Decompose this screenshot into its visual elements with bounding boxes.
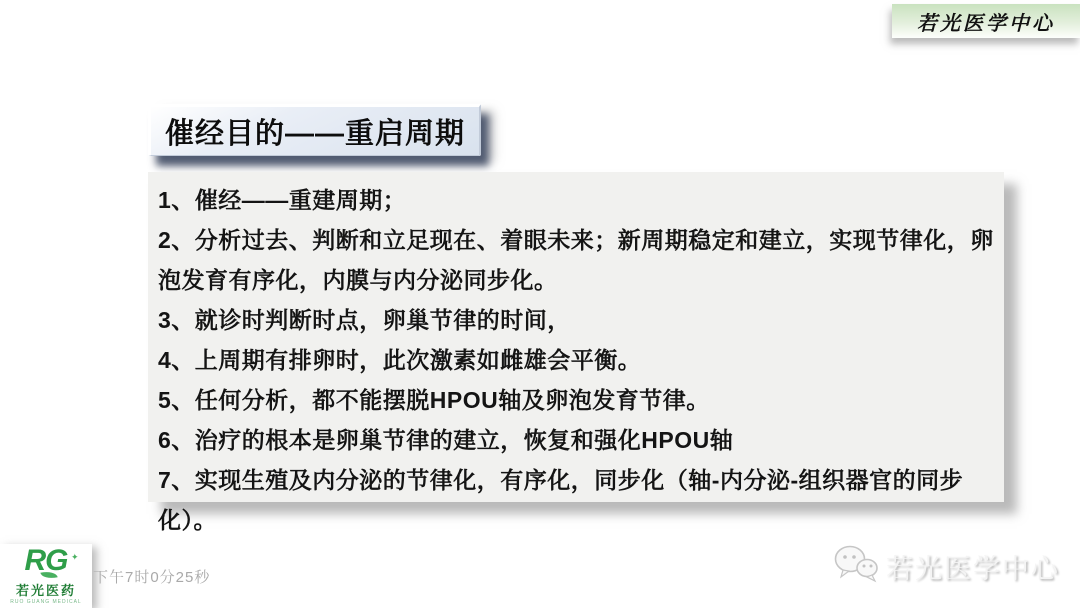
content-item-5: 5、任何分析，都不能摆脱HPOU轴及卵泡发育节律。 xyxy=(158,380,996,420)
company-name: 若光医药 xyxy=(16,580,76,599)
watermark-text: 若光医学中心 xyxy=(886,547,1060,586)
company-subtext: RUO GUANG MEDICAL xyxy=(10,599,81,605)
header-badge: 若光医学中心 xyxy=(892,4,1080,38)
content-item-4: 4、上周期有排卵时，此次激素如雌雄会平衡。 xyxy=(158,340,996,380)
slide-timestamp: 下午7时0分25秒 xyxy=(93,566,210,587)
presentation-slide: 若光医学中心 催经目的——重启周期 1、催经——重建周期； 2、分析过去、判断和… xyxy=(0,0,1080,608)
company-logo: RG ✦ 若光医药 RUO GUANG MEDICAL xyxy=(0,544,92,608)
content-item-6: 6、治疗的根本是卵巢节律的建立，恢复和强化HPOU轴 xyxy=(158,420,996,460)
content-item-3: 3、就诊时判断时点，卵巢节律的时间， xyxy=(158,300,996,340)
wechat-icon xyxy=(833,544,879,589)
content-item-7: 7、实现生殖及内分泌的节律化，有序化，同步化（轴-内分泌-组织器官的同步化）。 xyxy=(158,460,996,540)
content-item-2: 2、分析过去、判断和立足现在、着眼未来；新周期稳定和建立，实现节律化，卵泡发育有… xyxy=(158,220,996,300)
rg-monogram: RG ✦ xyxy=(25,547,68,575)
watermark: 若光医学中心 xyxy=(833,544,1060,589)
spark-icon: ✦ xyxy=(71,544,78,571)
title-box: 催经目的——重启周期 xyxy=(148,104,481,156)
header-badge-label: 若光医学中心 xyxy=(917,7,1055,36)
content-panel: 1、催经——重建周期； 2、分析过去、判断和立足现在、着眼未来；新周期稳定和建立… xyxy=(148,172,1004,502)
content-item-1: 1、催经——重建周期； xyxy=(158,180,996,220)
page-title: 催经目的——重启周期 xyxy=(165,111,465,152)
